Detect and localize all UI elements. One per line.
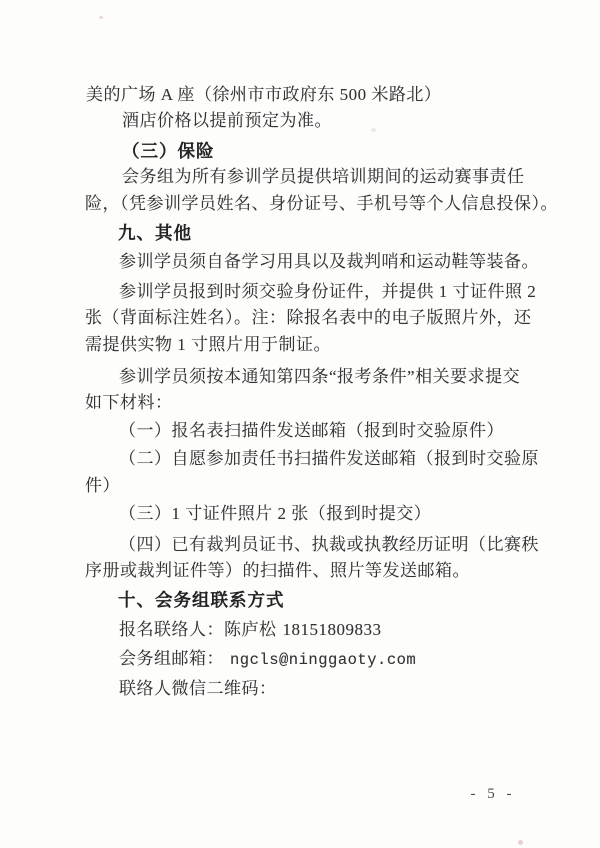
contact-section-heading: 十、会务组联系方式 [118,588,285,612]
wechat-qr-label: 联络人微信二维码： [119,677,277,701]
material-item-1: （一）报名表扫描件发送邮箱（报到时交验原件） [119,419,504,443]
materials-intro-line-1: 参训学员须按本通知第四条“报考条件”相关要求提交 [119,365,520,389]
insurance-paragraph-line-2: 险，（凭参训学员姓名、身份证号、手机号等个人信息投保）。 [85,192,558,216]
contact-email-line: 会务组邮箱：ngcls@ninggaoty.com [119,647,416,672]
equipment-note-line: 参训学员须自备学习用具以及裁判哨和运动鞋等装备。 [119,250,539,274]
checkin-note-line-1: 参训学员报到时须交验身份证件，并提供 1 寸证件照 2 [119,280,536,304]
contact-person-phone: 18151809833 [283,620,382,639]
material-item-3: （三）1 寸证件照片 2 张（报到时提交） [119,502,431,526]
page-number: - 5 - [448,786,538,803]
material-item-2-line-1: （二）自愿参加责任书扫描件发送邮箱（报到时交验原 [119,447,539,471]
checkin-note-line-3: 需提供实物 1 寸照片用于制证。 [85,333,331,357]
scan-speck [99,16,103,19]
material-item-4-line-2: 序册或裁判证件等）的扫描件、照片等发送邮箱。 [85,559,470,583]
contact-person-line: 报名联络人：陈庐松18151809833 [119,618,382,642]
material-item-4-line-1: （四）已有裁判员证书、执裁或执教经历证明（比赛秩 [119,533,539,557]
insurance-section-heading: （三）保险 [122,139,215,163]
contact-email-value: ngcls@ninggaoty.com [230,651,416,669]
venue-address-line: 美的广场 A 座（徐州市市政府东 500 米路北） [86,83,441,107]
contact-person-label: 报名联络人： [119,620,224,639]
scan-speck [518,840,523,845]
material-item-2-line-2: 件） [85,474,120,498]
contact-person-name: 陈庐松 [224,620,277,639]
materials-intro-line-2: 如下材料： [85,391,173,415]
scan-speck [371,128,376,132]
hotel-price-note: 酒店价格以提前预定为准。 [122,109,332,133]
others-section-heading: 九、其他 [118,221,192,245]
insurance-paragraph-line-1: 会务组为所有参训学员提供培训期间的运动赛事责任 [122,165,525,189]
checkin-note-line-2: 张（背面标注姓名）。注：除报名表中的电子版照片外，还 [85,306,532,330]
document-page: 美的广场 A 座（徐州市市政府东 500 米路北） 酒店价格以提前预定为准。 （… [0,0,600,848]
contact-email-label: 会务组邮箱： [119,649,224,668]
